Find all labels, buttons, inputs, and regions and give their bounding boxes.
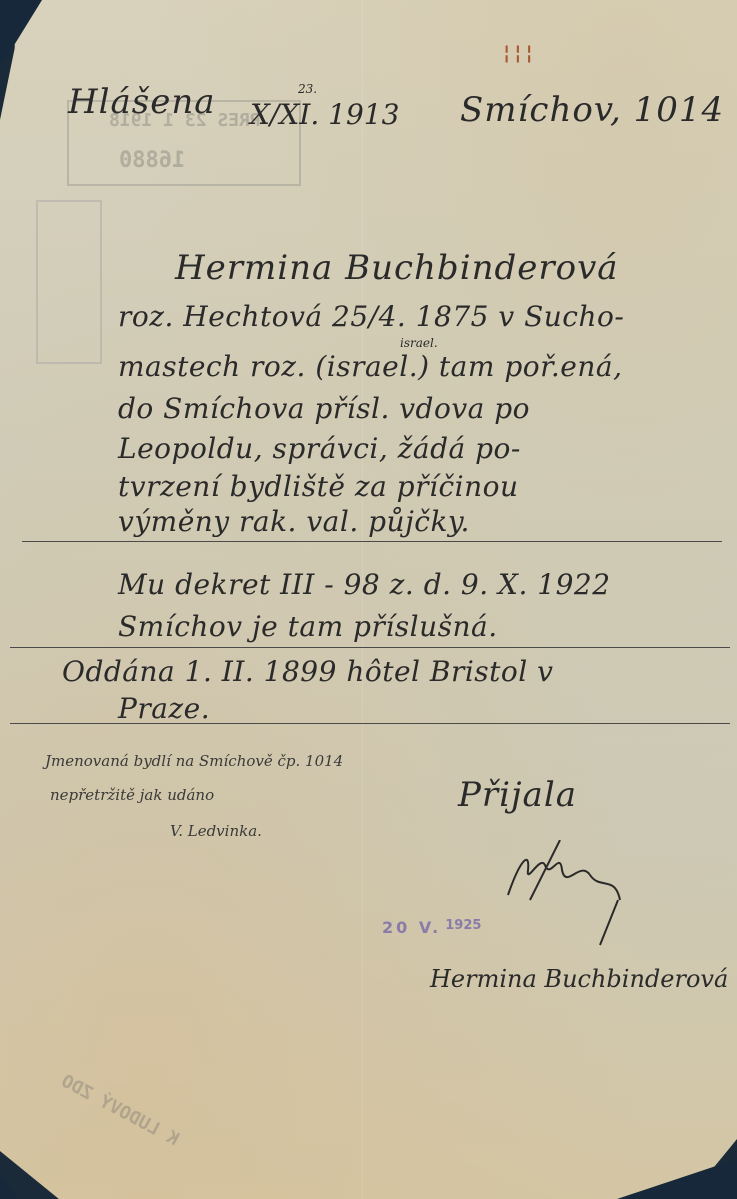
decree-line-1: Mu dekret III - 98 z. d. 9. X. 1922 — [118, 568, 611, 601]
verification-line-1: Jmenovaná bydlí na Smíchově čp. 1014 — [45, 752, 343, 770]
folded-corner-bottom-right — [617, 1159, 737, 1199]
folded-corner-top-left — [0, 0, 42, 68]
main-line-7: výměny rak. val. půjčky. — [118, 505, 470, 538]
torn-corner-bottom-left — [0, 1173, 18, 1199]
header-date-superscript: 23. — [298, 82, 317, 96]
main-line-5: Leopoldu, správci, žádá po- — [118, 432, 521, 465]
date-stamp-day-month: 20 V. — [382, 918, 441, 937]
faint-stamp-line2: 16880 — [119, 148, 185, 173]
superscript-note: israel. — [400, 336, 438, 350]
rule-1 — [22, 541, 722, 542]
header-place: Smíchov, 1014 — [460, 90, 724, 130]
received-date-stamp: 20 V.1925 — [382, 918, 481, 937]
date-stamp-year: 1925 — [445, 918, 481, 933]
faint-stamp-side — [36, 200, 102, 364]
official-signature-scrawl — [500, 840, 640, 950]
verification-signature: V. Ledvinka. — [170, 822, 262, 840]
marriage-line-1: Oddána 1. II. 1899 hôtel Bristol v — [62, 655, 553, 688]
rule-3 — [10, 723, 730, 724]
main-line-3: mastech roz. (israel.) tam poř.ená, — [118, 350, 623, 383]
main-line-6: tvrzení bydliště za příčinou — [118, 470, 519, 503]
main-line-4: do Smíchova přísl. vdova po — [118, 392, 530, 425]
header-date: X/XI. 1913 — [250, 98, 399, 131]
rule-2 — [10, 647, 730, 648]
main-line-1: Hermina Buchbinderová — [175, 248, 619, 288]
received-label: Přijala — [458, 775, 577, 815]
decree-line-2: Smíchov je tam příslušná. — [118, 610, 498, 643]
main-line-2: roz. Hechtová 25/4. 1875 v Sucho- — [118, 300, 624, 333]
header-registered-label: Hlášena — [68, 82, 216, 122]
red-pencil-marks: ¦¦¦ — [503, 40, 537, 64]
marriage-line-2: Praze. — [118, 692, 210, 725]
applicant-signature: Hermina Buchbinderová — [430, 965, 728, 993]
verification-line-2: nepřetržitě jak udáno — [50, 786, 214, 804]
